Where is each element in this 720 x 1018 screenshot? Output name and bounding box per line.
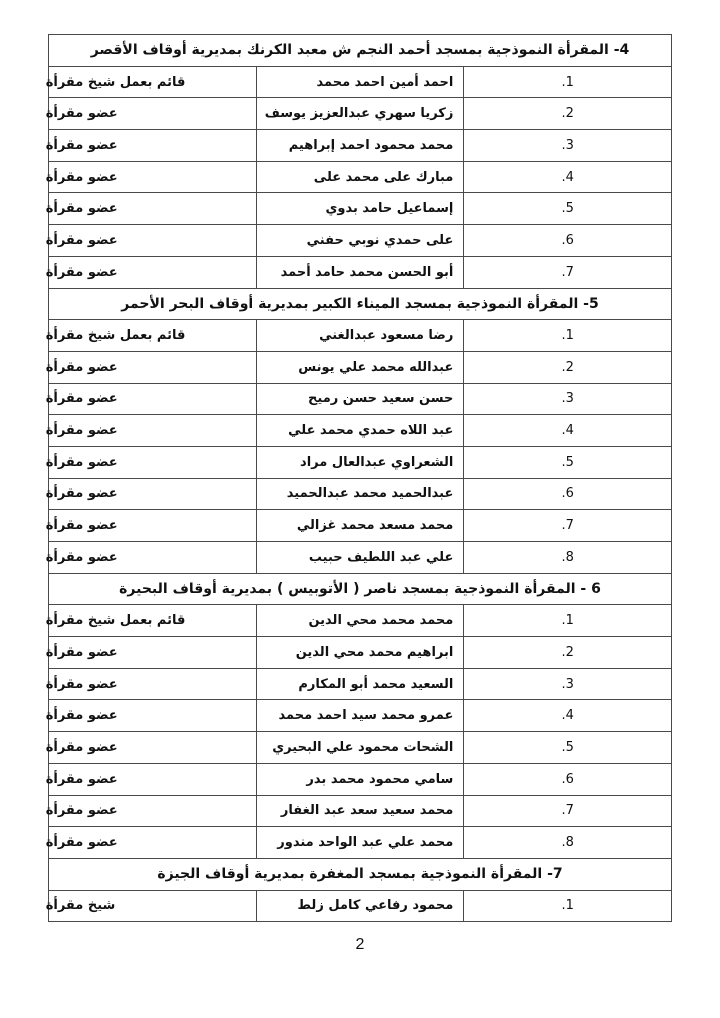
member-row: 3.محمد محمود احمد إبراهيمعضو مقرأة xyxy=(49,130,672,162)
member-role-cell: عضو مقرأة xyxy=(49,225,257,257)
member-name: عمرو محمد سيد احمد محمد xyxy=(256,700,464,732)
member-role: عضو مقرأة xyxy=(46,835,256,850)
section-title: 5- المقرأة النموذجية بمسجد الميناء الكبي… xyxy=(49,288,672,320)
member-row: 5.الشحات محمود علي البحيريعضو مقرأة xyxy=(49,732,672,764)
section-header-row: 6 - المقرأة النموذجية بمسجد ناصر ( الأتو… xyxy=(49,573,672,605)
member-name: الشعراوي عبدالعال مراد xyxy=(256,446,464,478)
member-name: زكريا سهري عبدالعزيز يوسف xyxy=(256,98,464,130)
member-name: عبدالحميد محمد عبدالحميد xyxy=(256,478,464,510)
member-number: 4. xyxy=(464,415,672,447)
member-name: محمد علي عبد الواحد مندور xyxy=(256,827,464,859)
members-table: 4- المقرأة النموذجية بمسجد أحمد النجم ش … xyxy=(48,34,672,922)
member-name: ابراهيم محمد محي الدين xyxy=(256,637,464,669)
member-row: 1.احمد أمين احمد محمدقائم بعمل شيخ مقرأة xyxy=(49,66,672,98)
member-role-cell: عضو مقرأة xyxy=(49,668,257,700)
member-role-cell: عضو مقرأة xyxy=(49,446,257,478)
member-row: 7.أبو الحسن محمد حامد أحمدعضو مقرأة xyxy=(49,256,672,288)
member-role: قائم بعمل شيخ مقرأة xyxy=(46,328,256,343)
member-name: علي عبد اللطيف حبيب xyxy=(256,542,464,574)
member-row: 5.الشعراوي عبدالعال مرادعضو مقرأة xyxy=(49,446,672,478)
member-row: 6.على حمدي نوبي حفنيعضو مقرأة xyxy=(49,225,672,257)
member-number: 2. xyxy=(464,98,672,130)
member-role: عضو مقرأة xyxy=(46,772,256,787)
member-role: عضو مقرأة xyxy=(46,677,256,692)
member-number: 4. xyxy=(464,700,672,732)
section-title: 7- المقرأة النموذجية بمسجد المغفرة بمدير… xyxy=(49,858,672,890)
section-header-row: 7- المقرأة النموذجية بمسجد المغفرة بمدير… xyxy=(49,858,672,890)
member-name: عبدالله محمد علي يونس xyxy=(256,351,464,383)
member-row: 6.عبدالحميد محمد عبدالحميدعضو مقرأة xyxy=(49,478,672,510)
member-role: قائم بعمل شيخ مقرأة xyxy=(46,75,256,90)
member-name: محمد مسعد محمد غزالي xyxy=(256,510,464,542)
member-row: 2.زكريا سهري عبدالعزيز يوسفعضو مقرأة xyxy=(49,98,672,130)
member-role-cell: عضو مقرأة xyxy=(49,415,257,447)
member-row: 3.حسن سعيد حسن رميحعضو مقرأة xyxy=(49,383,672,415)
member-role: عضو مقرأة xyxy=(46,645,256,660)
member-role: عضو مقرأة xyxy=(46,803,256,818)
member-name: احمد أمين احمد محمد xyxy=(256,66,464,98)
member-role: شيخ مقرأة xyxy=(46,898,256,913)
member-role-cell: عضو مقرأة xyxy=(49,827,257,859)
member-row: 1.محمود رفاعي كامل زلطشيخ مقرأة xyxy=(49,890,672,922)
member-row: 2.عبدالله محمد علي يونسعضو مقرأة xyxy=(49,351,672,383)
member-number: 1. xyxy=(464,605,672,637)
member-name: محمد محمود احمد إبراهيم xyxy=(256,130,464,162)
member-role: عضو مقرأة xyxy=(46,201,256,216)
member-role: عضو مقرأة xyxy=(46,360,256,375)
member-number: 5. xyxy=(464,193,672,225)
member-role: عضو مقرأة xyxy=(46,265,256,280)
member-number: 3. xyxy=(464,668,672,700)
member-role: عضو مقرأة xyxy=(46,233,256,248)
member-role-cell: قائم بعمل شيخ مقرأة xyxy=(49,66,257,98)
member-name: محمود رفاعي كامل زلط xyxy=(256,890,464,922)
member-name: عبد اللاه حمدي محمد علي xyxy=(256,415,464,447)
member-name: حسن سعيد حسن رميح xyxy=(256,383,464,415)
member-number: 5. xyxy=(464,732,672,764)
member-number: 4. xyxy=(464,161,672,193)
member-role: عضو مقرأة xyxy=(46,106,256,121)
member-number: 7. xyxy=(464,256,672,288)
member-role-cell: عضو مقرأة xyxy=(49,795,257,827)
member-number: 8. xyxy=(464,542,672,574)
member-role: عضو مقرأة xyxy=(46,486,256,501)
member-number: 1. xyxy=(464,320,672,352)
member-row: 8.محمد علي عبد الواحد مندورعضو مقرأة xyxy=(49,827,672,859)
member-number: 5. xyxy=(464,446,672,478)
member-role-cell: عضو مقرأة xyxy=(49,256,257,288)
section-header-row: 5- المقرأة النموذجية بمسجد الميناء الكبي… xyxy=(49,288,672,320)
member-name: محمد سعيد سعد عبد الغفار xyxy=(256,795,464,827)
member-number: 6. xyxy=(464,225,672,257)
member-name: الشحات محمود علي البحيري xyxy=(256,732,464,764)
member-role-cell: عضو مقرأة xyxy=(49,732,257,764)
member-name: رضا مسعود عبدالغني xyxy=(256,320,464,352)
member-row: 4.عبد اللاه حمدي محمد عليعضو مقرأة xyxy=(49,415,672,447)
member-name: السعيد محمد أبو المكارم xyxy=(256,668,464,700)
member-number: 3. xyxy=(464,130,672,162)
member-role-cell: عضو مقرأة xyxy=(49,542,257,574)
member-row: 1.رضا مسعود عبدالغنيقائم بعمل شيخ مقرأة xyxy=(49,320,672,352)
member-number: 2. xyxy=(464,637,672,669)
member-role-cell: عضو مقرأة xyxy=(49,193,257,225)
member-number: 8. xyxy=(464,827,672,859)
member-role-cell: عضو مقرأة xyxy=(49,130,257,162)
member-number: 2. xyxy=(464,351,672,383)
member-role-cell: عضو مقرأة xyxy=(49,383,257,415)
member-role-cell: قائم بعمل شيخ مقرأة xyxy=(49,320,257,352)
member-number: 1. xyxy=(464,66,672,98)
member-role-cell: عضو مقرأة xyxy=(49,510,257,542)
member-role-cell: عضو مقرأة xyxy=(49,98,257,130)
member-role: عضو مقرأة xyxy=(46,138,256,153)
member-role: قائم بعمل شيخ مقرأة xyxy=(46,613,256,628)
section-title: 4- المقرأة النموذجية بمسجد أحمد النجم ش … xyxy=(49,35,672,67)
member-name: محمد محمد محي الدين xyxy=(256,605,464,637)
member-row: 8.علي عبد اللطيف حبيبعضو مقرأة xyxy=(49,542,672,574)
member-role-cell: عضو مقرأة xyxy=(49,478,257,510)
member-role-cell: عضو مقرأة xyxy=(49,700,257,732)
member-row: 6.سامي محمود محمد بدرعضو مقرأة xyxy=(49,763,672,795)
member-role-cell: عضو مقرأة xyxy=(49,637,257,669)
member-number: 3. xyxy=(464,383,672,415)
member-row: 7.محمد سعيد سعد عبد الغفارعضو مقرأة xyxy=(49,795,672,827)
member-name: إسماعيل حامد بدوي xyxy=(256,193,464,225)
member-role: عضو مقرأة xyxy=(46,550,256,565)
member-number: 1. xyxy=(464,890,672,922)
member-row: 4.مبارك على محمد علىعضو مقرأة xyxy=(49,161,672,193)
member-role-cell: عضو مقرأة xyxy=(49,161,257,193)
member-role: عضو مقرأة xyxy=(46,708,256,723)
member-number: 6. xyxy=(464,478,672,510)
member-number: 6. xyxy=(464,763,672,795)
member-number: 7. xyxy=(464,510,672,542)
member-role-cell: قائم بعمل شيخ مقرأة xyxy=(49,605,257,637)
member-name: أبو الحسن محمد حامد أحمد xyxy=(256,256,464,288)
member-role-cell: عضو مقرأة xyxy=(49,351,257,383)
member-role-cell: عضو مقرأة xyxy=(49,763,257,795)
member-name: مبارك على محمد على xyxy=(256,161,464,193)
page-number: 2 xyxy=(0,936,720,954)
member-row: 5.إسماعيل حامد بدويعضو مقرأة xyxy=(49,193,672,225)
member-role: عضو مقرأة xyxy=(46,518,256,533)
member-name: على حمدي نوبي حفني xyxy=(256,225,464,257)
member-role: عضو مقرأة xyxy=(46,170,256,185)
member-row: 2.ابراهيم محمد محي الدينعضو مقرأة xyxy=(49,637,672,669)
member-row: 7.محمد مسعد محمد غزاليعضو مقرأة xyxy=(49,510,672,542)
member-role-cell: شيخ مقرأة xyxy=(49,890,257,922)
member-row: 3.السعيد محمد أبو المكارمعضو مقرأة xyxy=(49,668,672,700)
member-role: عضو مقرأة xyxy=(46,455,256,470)
section-header-row: 4- المقرأة النموذجية بمسجد أحمد النجم ش … xyxy=(49,35,672,67)
member-role: عضو مقرأة xyxy=(46,423,256,438)
member-role: عضو مقرأة xyxy=(46,391,256,406)
member-row: 1.محمد محمد محي الدينقائم بعمل شيخ مقرأة xyxy=(49,605,672,637)
member-row: 4.عمرو محمد سيد احمد محمدعضو مقرأة xyxy=(49,700,672,732)
member-name: سامي محمود محمد بدر xyxy=(256,763,464,795)
member-role: عضو مقرأة xyxy=(46,740,256,755)
section-title: 6 - المقرأة النموذجية بمسجد ناصر ( الأتو… xyxy=(49,573,672,605)
member-number: 7. xyxy=(464,795,672,827)
